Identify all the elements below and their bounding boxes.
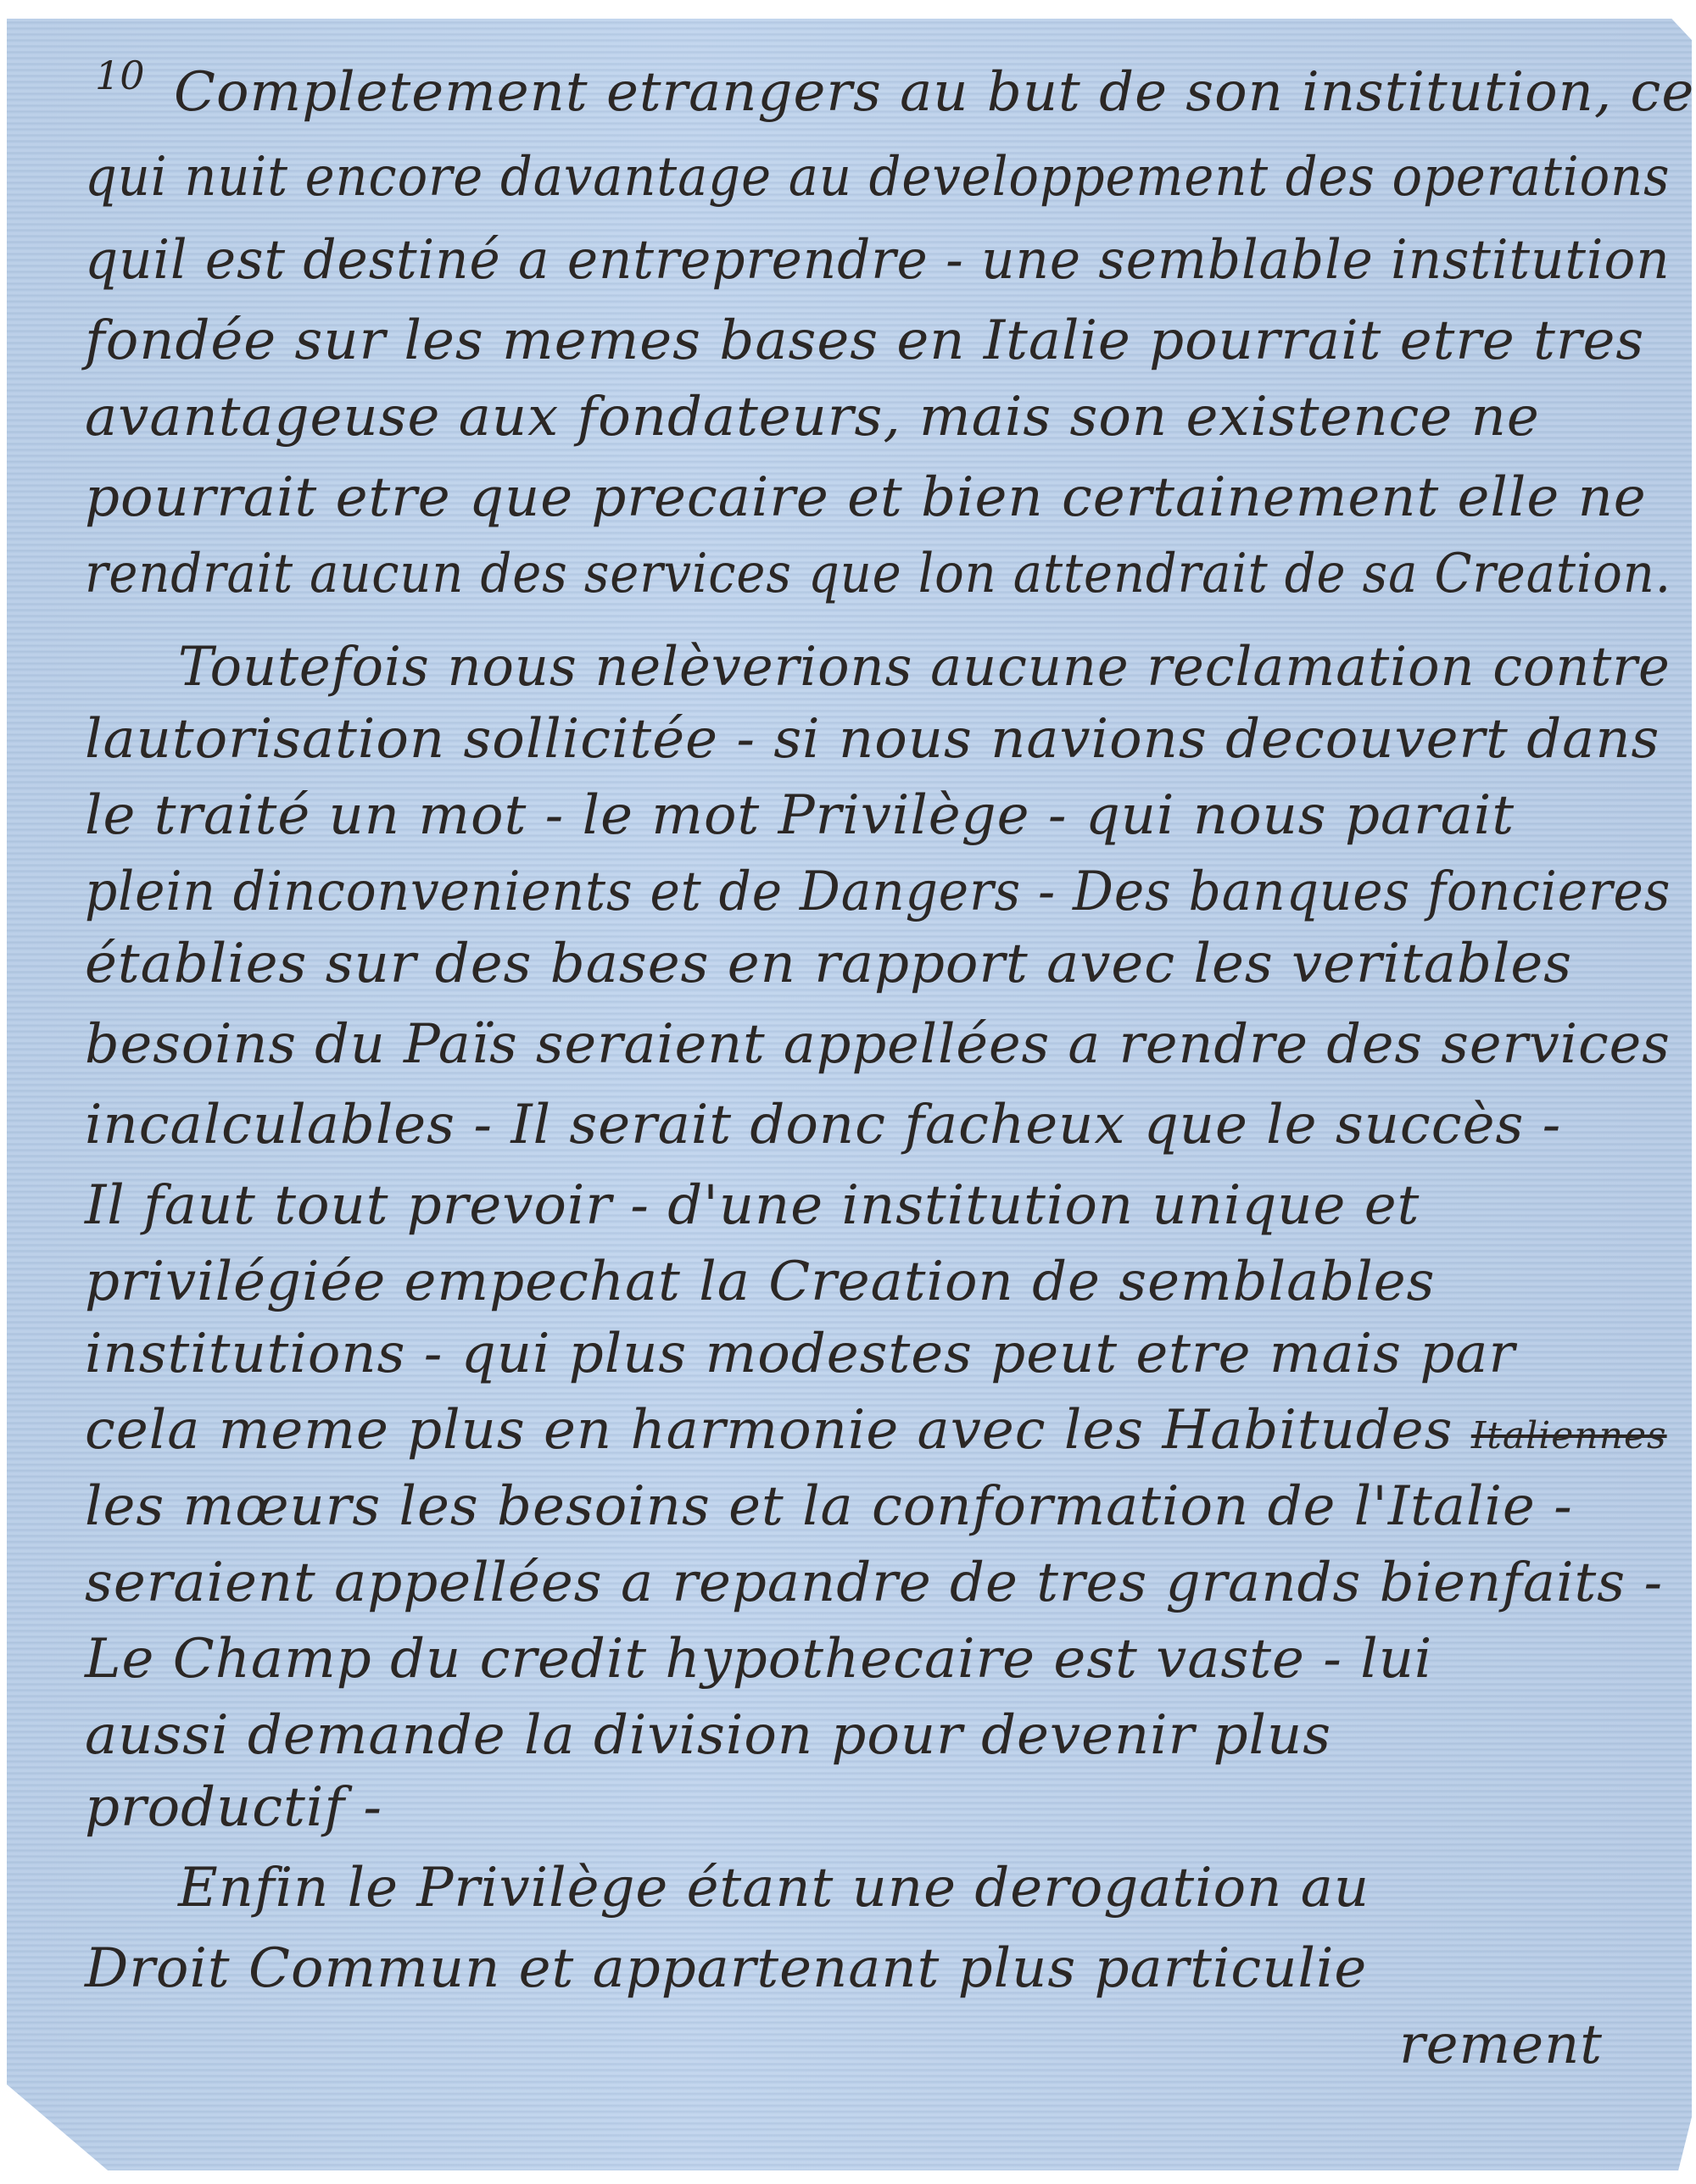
manuscript-line-19: les mœurs les besoins et la conformation… [85,1475,1573,1538]
manuscript-line-3: quil est destiné a entreprendre - une se… [85,229,1671,292]
manuscript-line-7: rendrait aucun des services que lon atte… [85,543,1671,605]
manuscript-line-9: lautorisation sollicitée - si nous navio… [85,708,1660,771]
manuscript-line-17: institutions - qui plus modestes peut et… [85,1323,1515,1385]
manuscript-line-8: Toutefois nous nelèverions aucune reclam… [178,636,1671,699]
manuscript-line-21: Le Champ du credit hypothecaire est vast… [85,1628,1432,1691]
manuscript-line-13: besoins du Païs seraient appellées a ren… [85,1013,1671,1076]
manuscript-line-10: le traité un mot - le mot Privilège - qu… [85,784,1515,847]
line-18-text: cela meme plus en harmonie avec les Habi… [85,1399,1453,1462]
manuscript-line-11: plein dinconvenients et de Dangers - Des… [85,861,1671,923]
manuscript-line-2: qui nuit encore davantage au developpeme… [85,146,1670,209]
manuscript-line-14: incalculables - Il serait donc facheux q… [85,1094,1561,1156]
manuscript-line-20: seraient appellées a repandre de tres gr… [85,1552,1663,1614]
manuscript-line-12: établies sur des bases en rapport avec l… [85,933,1572,995]
manuscript-line-15: Il faut tout prevoir - d'une institution… [85,1174,1420,1237]
manuscript-line-24: Enfin le Privilège étant une derogation … [178,1857,1370,1919]
page-number: 10 [95,53,145,98]
manuscript-line-23: productif - [85,1776,382,1839]
manuscript-line-18: cela meme plus en harmonie avec les Habi… [85,1399,1667,1462]
manuscript-line-26: rement [1399,2014,1603,2076]
manuscript-line-6: pourrait etre que precaire et bien certa… [85,466,1647,529]
manuscript-line-22: aussi demande la division pour devenir p… [85,1704,1331,1767]
struck-word: Italiennes [1471,1414,1667,1457]
manuscript-line-4: fondée sur les memes bases en Italie pou… [85,309,1644,372]
manuscript-line-25: Droit Commun et appartenant plus particu… [85,1937,1367,2000]
manuscript-line-16: privilégiée empechat la Creation de semb… [85,1251,1435,1313]
manuscript-line-5: avantageuse aux fondateurs, mais son exi… [85,386,1540,448]
manuscript-line-1: Completement etrangers au but de son ins… [174,61,1694,124]
